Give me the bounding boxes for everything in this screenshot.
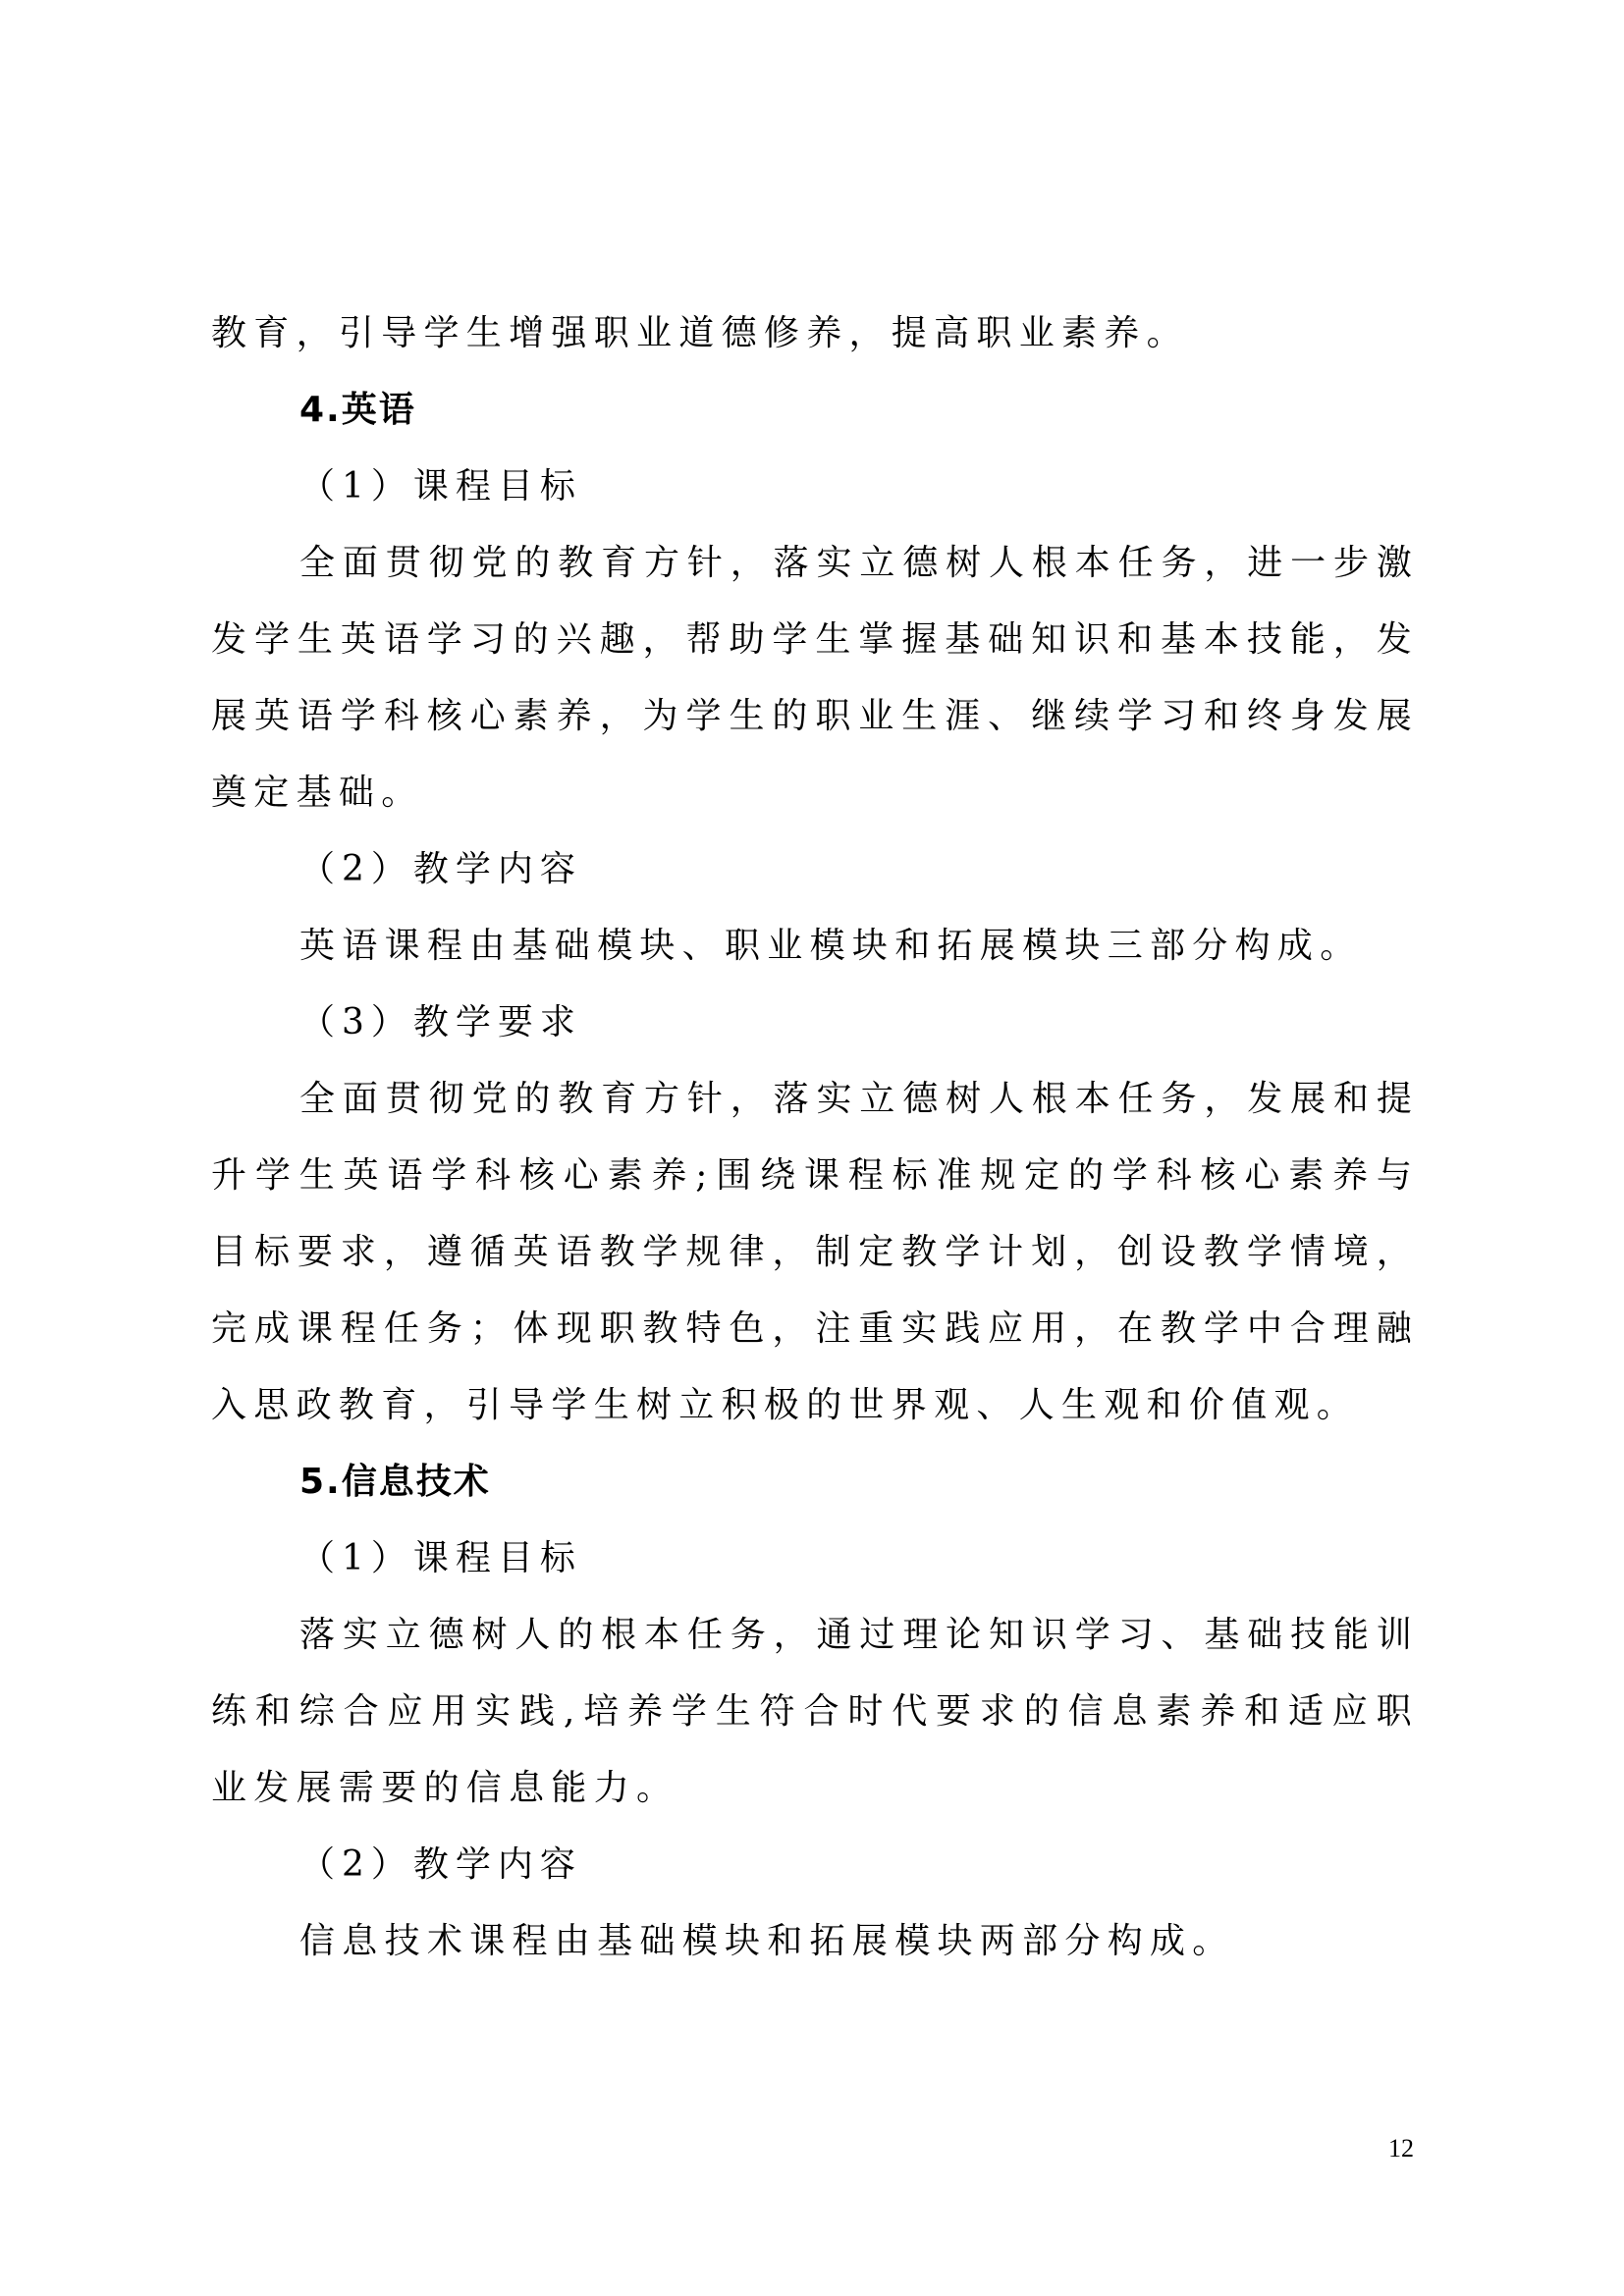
subheading-teaching-requirements: （3）教学要求 — [299, 999, 582, 1046]
paragraph-line: 目标要求，遵循英语教学规律，制定教学计划，创设教学情境， — [211, 1229, 1412, 1276]
subheading-teaching-content: （2）教学内容 — [299, 1842, 582, 1889]
paragraph-line: 展英语学科核心素养，为学生的职业生涯、继续学习和终身发展 — [211, 693, 1412, 740]
subheading-teaching-content: （2）教学内容 — [299, 846, 582, 893]
paragraph-line: 落实立德树人的根本任务，通过理论知识学习、基础技能训 — [299, 1612, 1412, 1659]
paragraph-line: 全面贯彻党的教育方针，落实立德树人根本任务，进一步激 — [299, 540, 1412, 587]
subheading-course-objectives: （1）课程目标 — [299, 463, 582, 510]
paragraph-line: 练和综合应用实践,培养学生符合时代要求的信息素养和适应职 — [211, 1688, 1412, 1735]
paragraph-line: 奠定基础。 — [211, 770, 424, 817]
paragraph-line: 英语课程由基础模块、职业模块和拓展模块三部分构成。 — [299, 923, 1363, 970]
paragraph-line: 全面贯彻党的教育方针，落实立德树人根本任务，发展和提 — [299, 1076, 1412, 1123]
paragraph-line: 信息技术课程由基础模块和拓展模块两部分构成。 — [299, 1918, 1235, 1965]
paragraph-line: 教育，引导学生增强职业道德修养，提高职业素养。 — [211, 310, 1189, 357]
section-heading-information-technology: 5.信息技术 — [299, 1459, 491, 1506]
page-number: 12 — [1388, 2134, 1414, 2163]
paragraph-line: 入思政教育，引导学生树立积极的世界观、人生观和价值观。 — [211, 1382, 1359, 1429]
subheading-course-objectives: （1）课程目标 — [299, 1535, 582, 1582]
document-page: 教育，引导学生增强职业道德修养，提高职业素养。 4.英语 （1）课程目标 全面贯… — [0, 0, 1624, 2296]
section-heading-english: 4.英语 — [299, 387, 416, 434]
paragraph-line: 业发展需要的信息能力。 — [211, 1765, 678, 1812]
paragraph-line: 升学生英语学科核心素养;围绕课程标准规定的学科核心素养与 — [211, 1152, 1412, 1200]
paragraph-line: 完成课程任务；体现职教特色，注重实践应用，在教学中合理融 — [211, 1306, 1412, 1353]
paragraph-line: 发学生英语学习的兴趣，帮助学生掌握基础知识和基本技能，发 — [211, 616, 1412, 664]
